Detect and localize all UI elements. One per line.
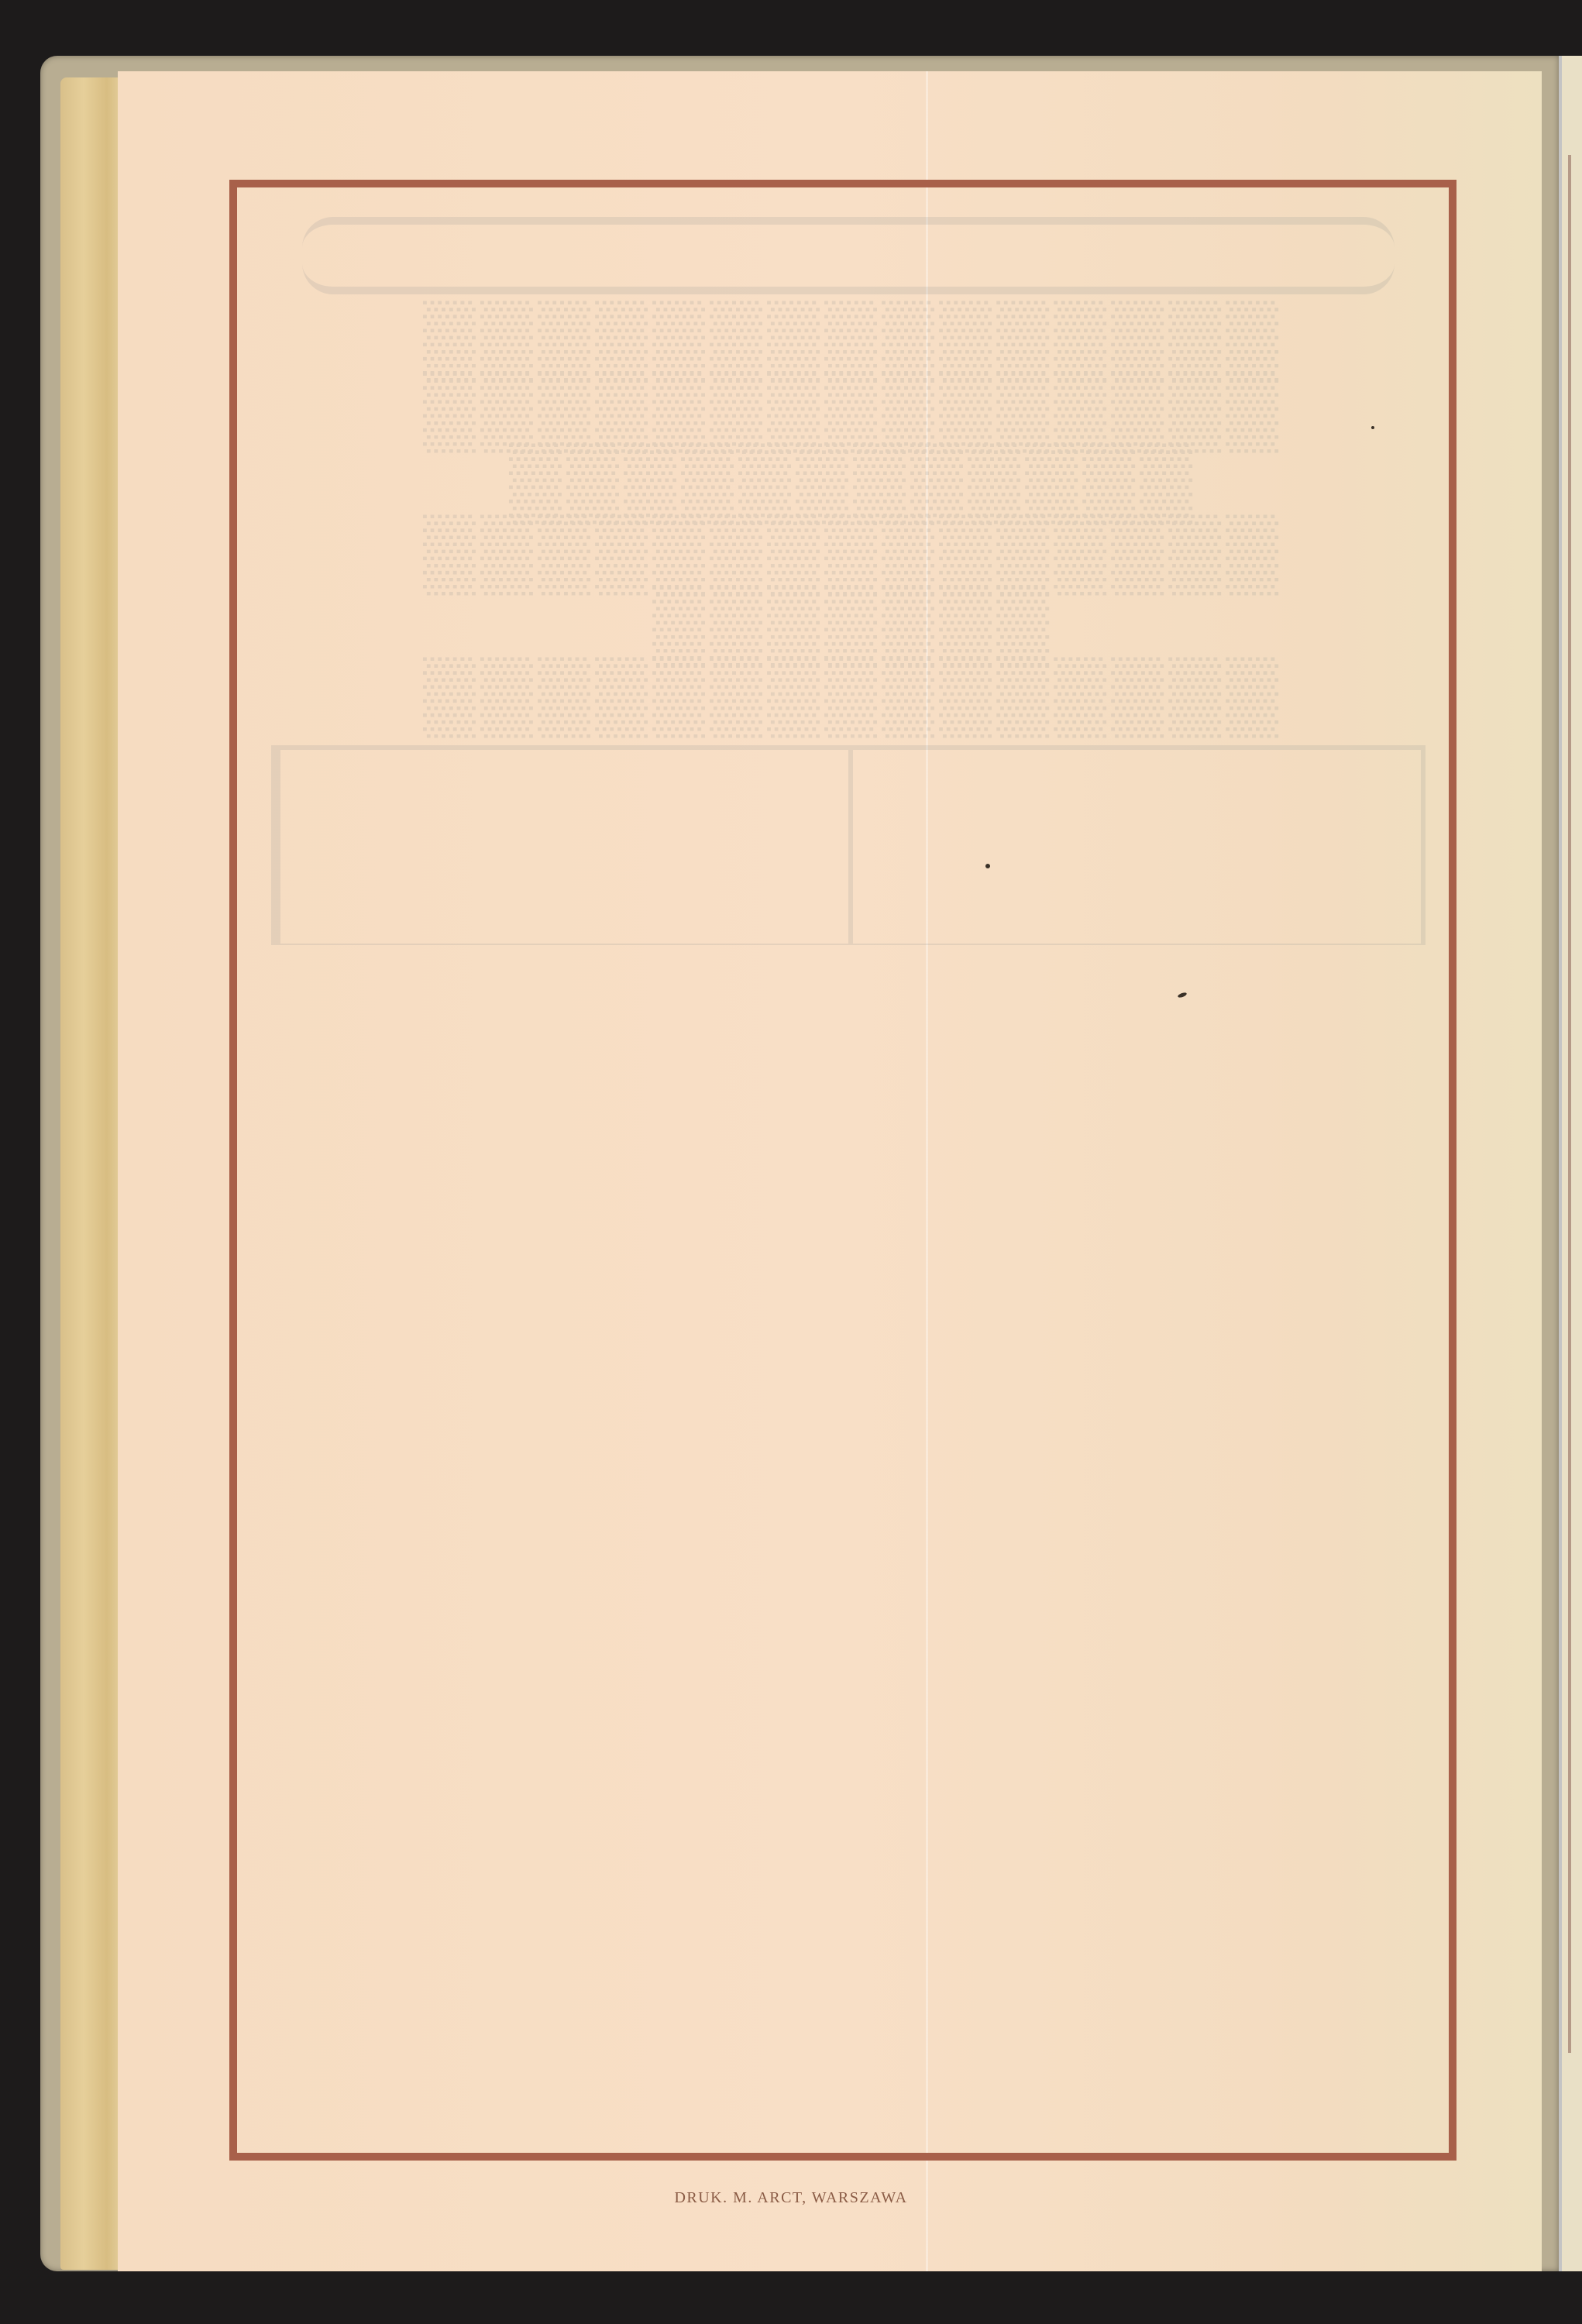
adjacent-page-frame: [1568, 155, 1582, 2053]
printer-imprint: DRUK. M. ARCT, WARSZAWA: [0, 2189, 1582, 2207]
ruled-border-frame: [229, 180, 1456, 2161]
paper-speck: [985, 864, 990, 868]
paper-speck: [1371, 426, 1374, 429]
